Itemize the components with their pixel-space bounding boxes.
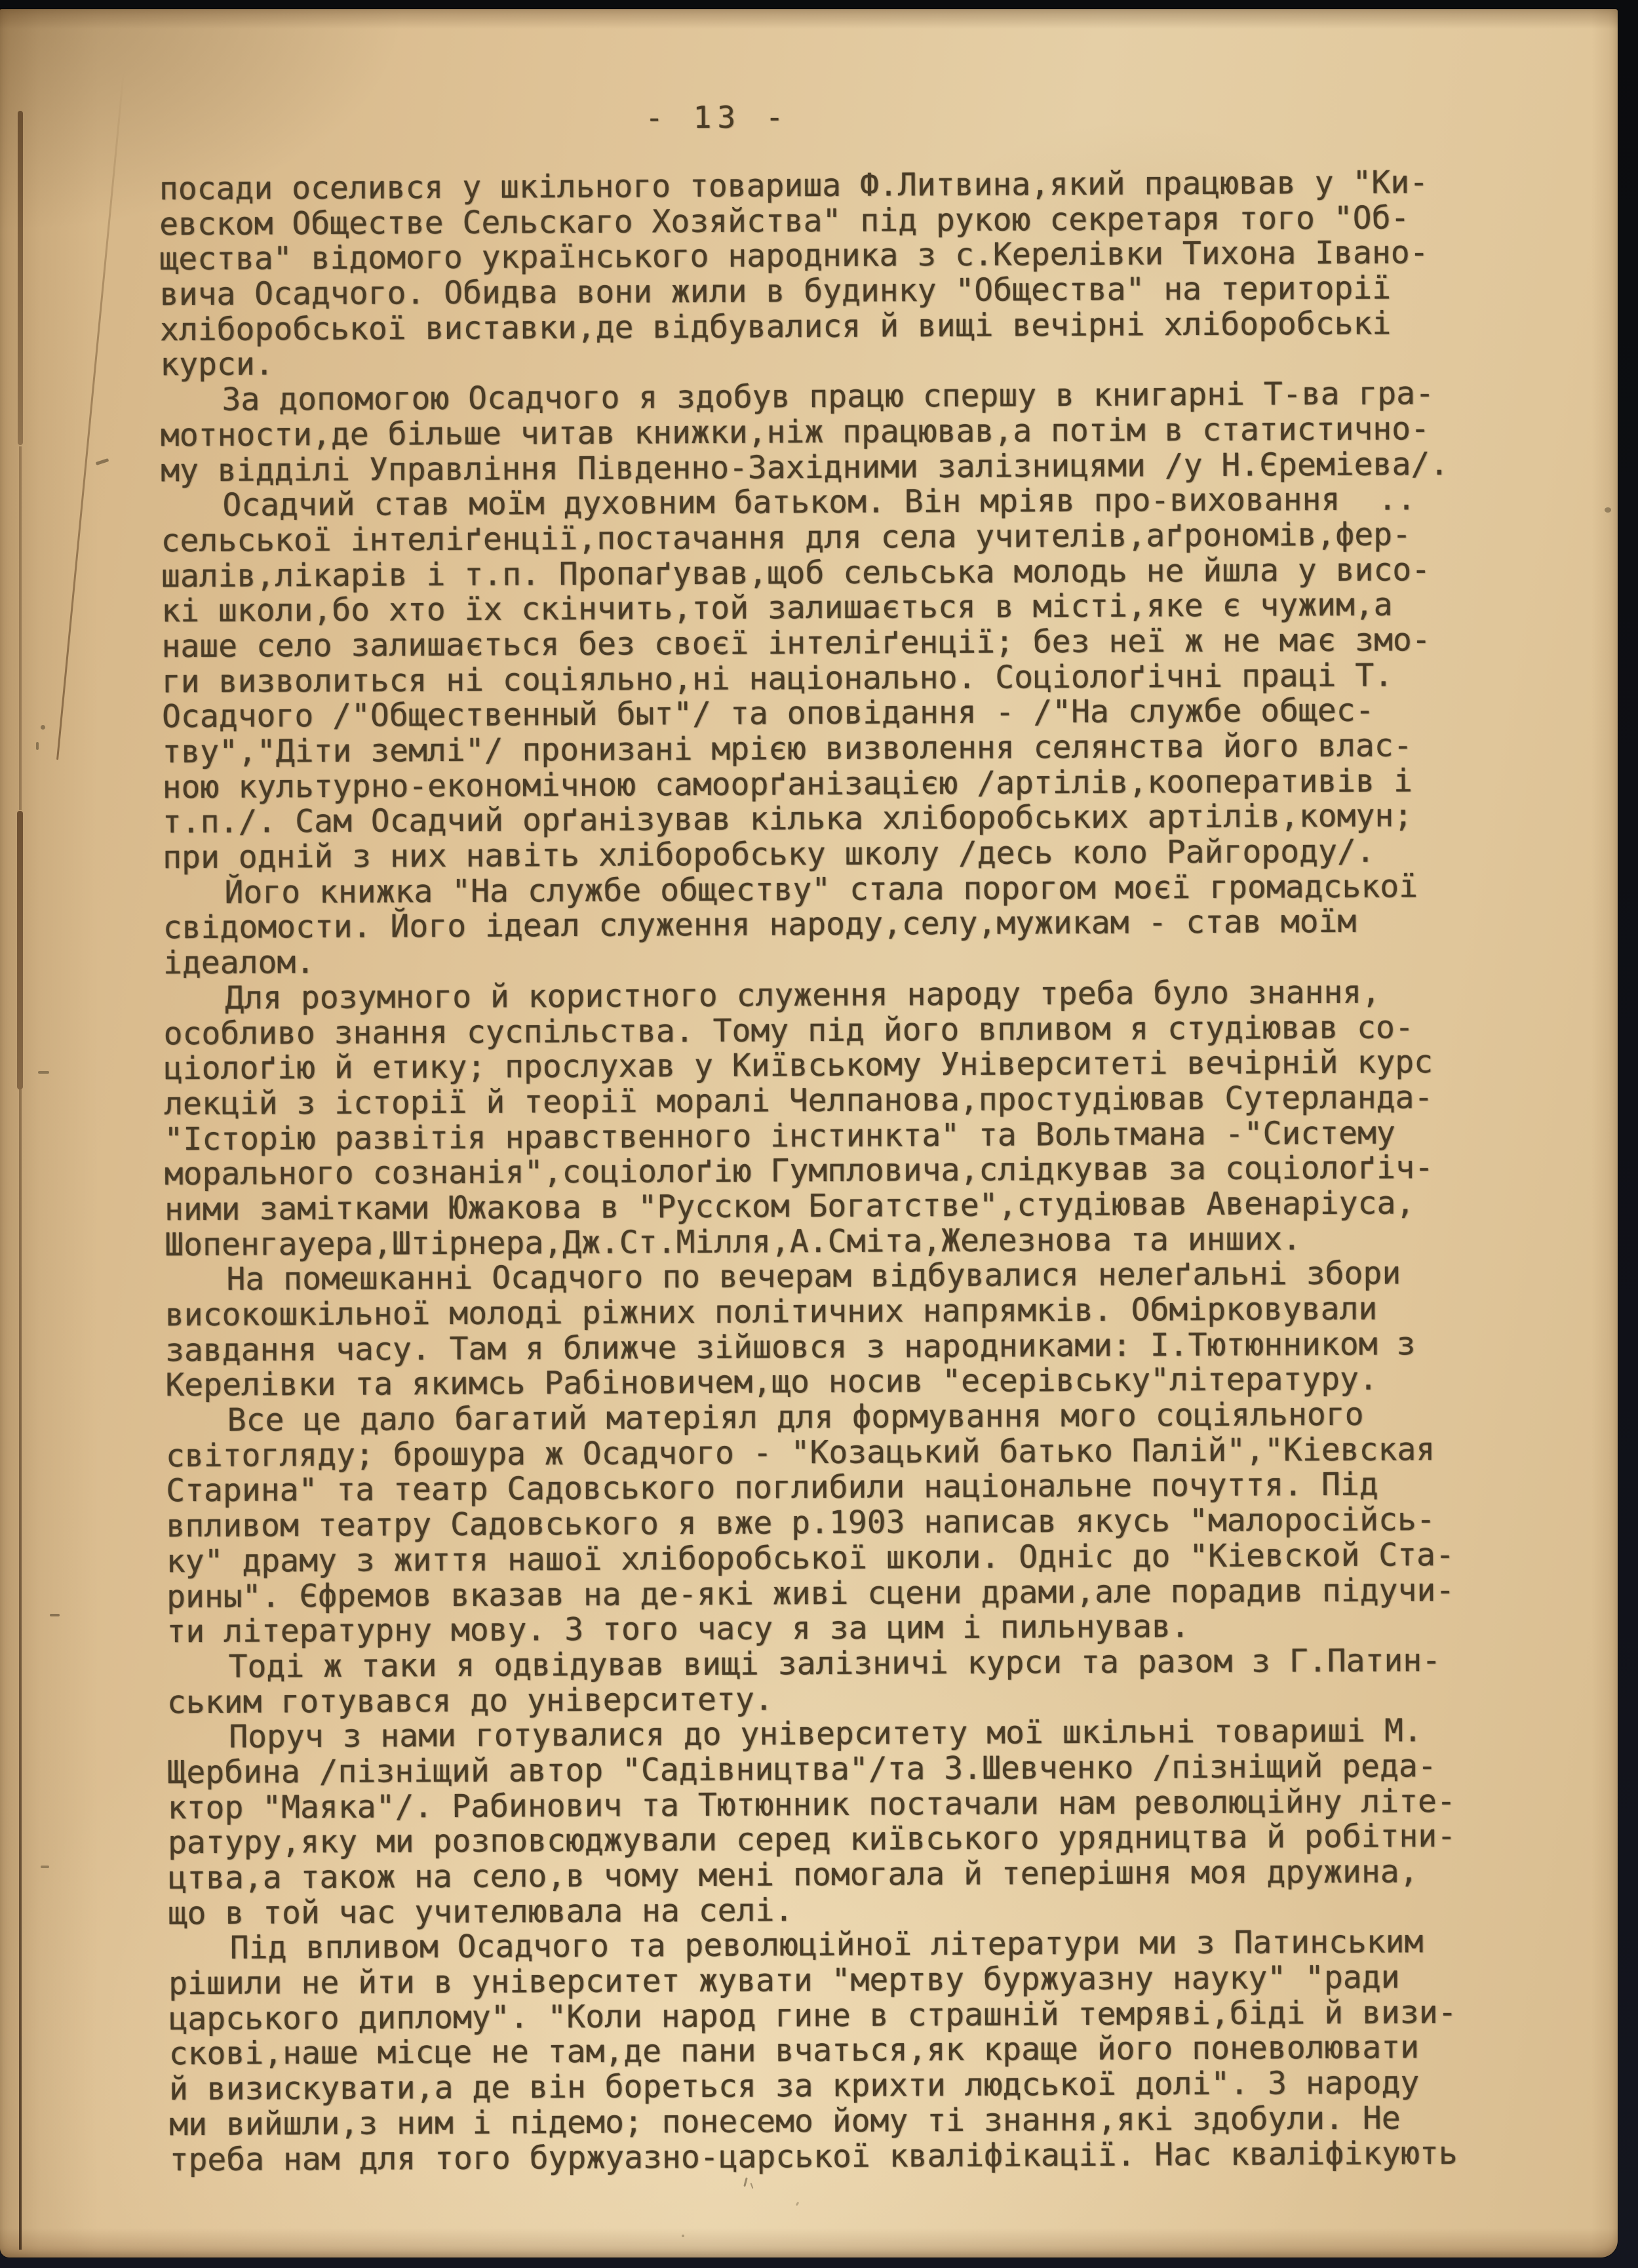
text-line: ними замітками Южакова в "Русском Богатс… bbox=[165, 1185, 1548, 1228]
text-line: рины". Єфремов вказав на де-які живі сце… bbox=[166, 1573, 1550, 1615]
typewritten-content: - 13 - посади оселився у шкільного товар… bbox=[0, 2, 1628, 2259]
scanned-page: - 13 - посади оселився у шкільного товар… bbox=[0, 9, 1618, 2258]
text-line: цтва,а також на село,в чому мені помогал… bbox=[168, 1854, 1551, 1896]
text-line: Тоді ж таки я одвідував вищі залізничі к… bbox=[167, 1643, 1550, 1685]
photo-background: { "colors":{ "background":"#0e0f12", "pa… bbox=[0, 0, 1638, 2268]
text-line: свідомости. Його ідеал служення народу,с… bbox=[163, 904, 1546, 947]
body-text: посади оселився у шкільного товариша Ф.Л… bbox=[159, 165, 1553, 2178]
text-line: треба нам для того буржуазно-царської кв… bbox=[169, 2136, 1552, 2178]
text-line: хліборобської виставки,де відбувалися й … bbox=[160, 305, 1543, 348]
page-number: - 13 - bbox=[645, 99, 789, 135]
